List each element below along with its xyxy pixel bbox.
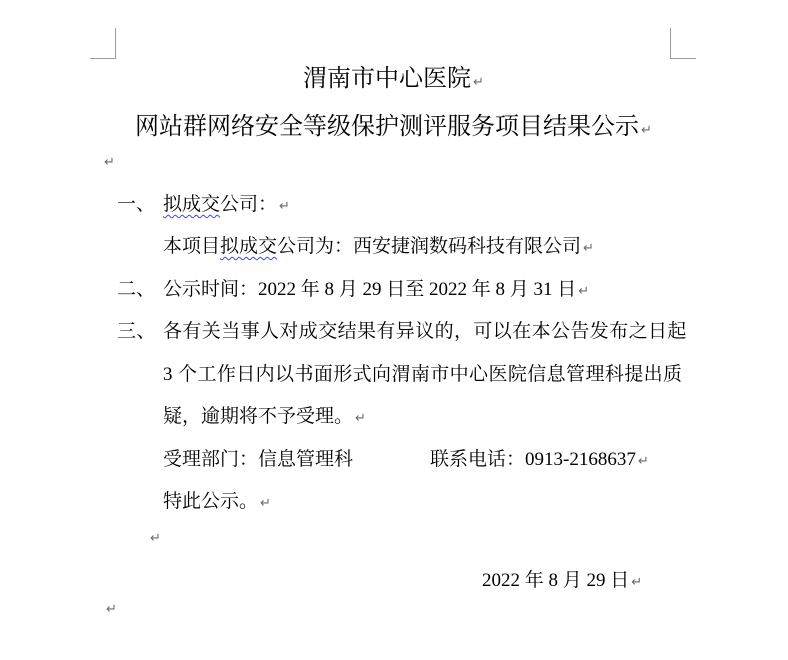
closing-line[interactable]: 特此公示。↵ bbox=[163, 489, 271, 515]
item1-text: 公司： bbox=[220, 194, 277, 215]
item1-body-spellchecked: 拟成交 bbox=[220, 236, 277, 257]
paragraph-mark-icon: ↵ bbox=[150, 531, 161, 546]
contact-phone: 联系电话：0913-2168637 bbox=[430, 449, 636, 470]
contact-department: 受理部门：信息管理科 bbox=[163, 449, 353, 470]
item3-line3[interactable]: 疑，逾期将不予受理。↵ bbox=[163, 404, 366, 430]
list-number-1: 一、 bbox=[117, 192, 163, 218]
document-page[interactable]: 渭南市中心医院↵ 网站群网络安全等级保护测评服务项目结果公示↵ ↵ 一、拟成交公… bbox=[0, 0, 788, 660]
date-line[interactable]: 2022 年 8 月 29 日↵ bbox=[482, 568, 642, 594]
title-line2-text: 网站群网络安全等级保护测评服务项目结果公示 bbox=[135, 114, 639, 140]
empty-paragraph-mark: ↵ bbox=[106, 602, 117, 618]
list-item-1[interactable]: 一、拟成交公司：↵ bbox=[117, 192, 290, 218]
item3-line2[interactable]: 3 个工作日内以书面形式向渭南市中心医院信息管理科提出质 bbox=[163, 362, 682, 388]
item1-body-line[interactable]: 本项目拟成交公司为：西安捷润数码科技有限公司↵ bbox=[163, 234, 594, 260]
paragraph-mark-icon: ↵ bbox=[578, 284, 589, 299]
closing-text: 特此公示。 bbox=[163, 491, 258, 512]
margin-crop-mark-right bbox=[670, 28, 696, 59]
item1-body-rest: 公司为：西安捷润数码科技有限公司 bbox=[277, 236, 581, 257]
paragraph-mark-icon: ↵ bbox=[106, 602, 117, 617]
paragraph-mark-icon: ↵ bbox=[260, 496, 271, 511]
margin-crop-mark-left bbox=[90, 28, 116, 59]
list-item-2[interactable]: 二、公示时间：2022 年 8 月 29 日至 2022 年 8 月 31 日↵ bbox=[117, 277, 589, 303]
date-text: 2022 年 8 月 29 日 bbox=[482, 570, 629, 591]
document-title-line1[interactable]: 渭南市中心医院↵ bbox=[115, 62, 672, 96]
paragraph-mark-icon: ↵ bbox=[631, 575, 642, 590]
item1-text-spellchecked: 拟成交 bbox=[163, 194, 220, 215]
paragraph-mark-icon: ↵ bbox=[279, 199, 290, 214]
contact-phone-wrap: 联系电话：0913-2168637↵ bbox=[430, 447, 649, 475]
empty-paragraph-mark: ↵ bbox=[150, 531, 161, 547]
item3-line1-text: 各有关当事人对成交结果有异议的，可以在本公告发布之日起 bbox=[163, 321, 687, 342]
item3-line3-text: 疑，逾期将不予受理。 bbox=[163, 406, 353, 427]
paragraph-mark-icon: ↵ bbox=[473, 75, 484, 90]
empty-paragraph-mark: ↵ bbox=[104, 155, 115, 171]
paragraph-mark-icon: ↵ bbox=[355, 411, 366, 426]
contact-line[interactable]: 受理部门：信息管理科联系电话：0913-2168637↵ bbox=[163, 447, 353, 473]
item1-body-pre: 本项目 bbox=[163, 236, 220, 257]
list-number-3: 三、 bbox=[117, 319, 163, 345]
item3-line2-text: 3 个工作日内以书面形式向渭南市中心医院信息管理科提出质 bbox=[163, 364, 682, 385]
list-number-2: 二、 bbox=[117, 277, 163, 303]
item2-text: 公示时间：2022 年 8 月 29 日至 2022 年 8 月 31 日 bbox=[163, 279, 576, 300]
paragraph-mark-icon: ↵ bbox=[104, 155, 115, 170]
document-title-line2[interactable]: 网站群网络安全等级保护测评服务项目结果公示↵ bbox=[115, 110, 672, 144]
paragraph-mark-icon: ↵ bbox=[583, 241, 594, 256]
paragraph-mark-icon: ↵ bbox=[638, 454, 649, 469]
paragraph-mark-icon: ↵ bbox=[641, 123, 652, 138]
list-item-3[interactable]: 三、各有关当事人对成交结果有异议的，可以在本公告发布之日起 bbox=[117, 319, 687, 345]
title-line1-text: 渭南市中心医院 bbox=[303, 66, 471, 92]
